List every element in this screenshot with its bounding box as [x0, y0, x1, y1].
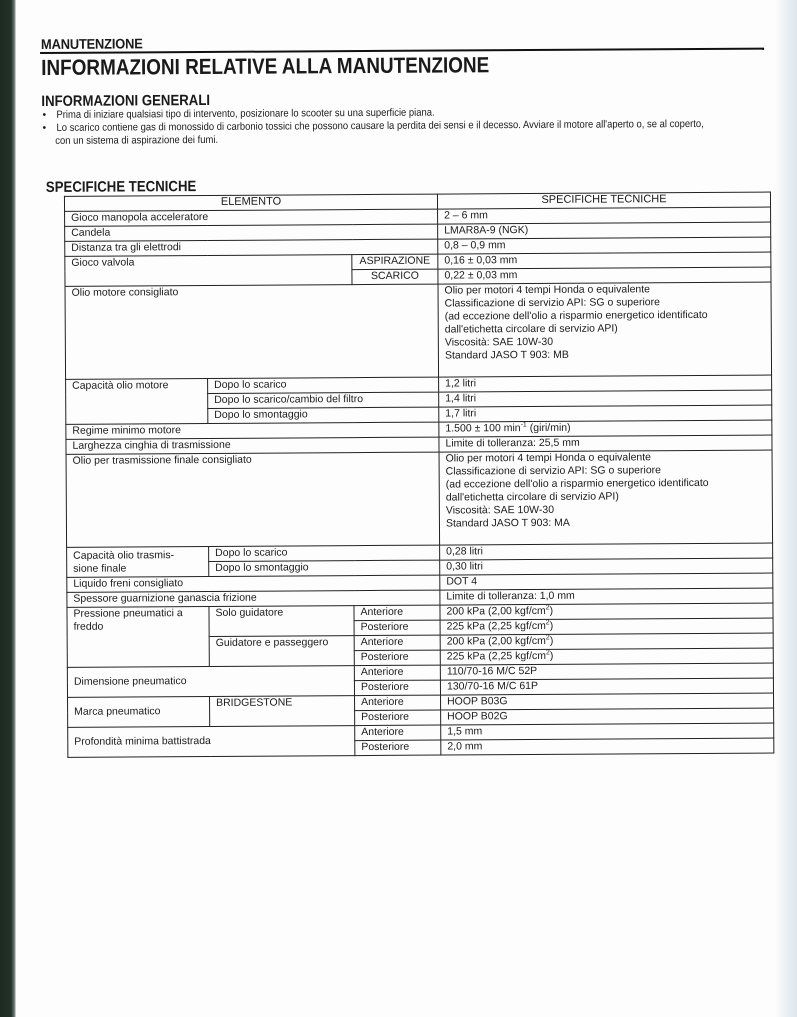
bullet-icon: • [43, 122, 57, 135]
table-row: Olio per trasmissione finale consigliato… [66, 450, 773, 547]
general-info-bullets: • Prima di iniziare qualsiasi tipo di in… [42, 104, 782, 148]
specs-title: SPECIFICHE TECNICHE [46, 178, 196, 196]
table-row: Olio motore consigliato Olio per motori … [65, 282, 772, 379]
page-title: INFORMAZIONI RELATIVE ALLA MANUTENZIONE [41, 52, 489, 81]
bullet-icon: • [42, 109, 56, 122]
section-label: MANUTENZIONE [41, 35, 143, 52]
bullet-continuation: con un sistema di aspirazione dei fumi. [43, 131, 709, 148]
manual-page: MANUTENZIONE INFORMAZIONI RELATIVE ALLA … [0, 0, 797, 1017]
specs-table: ELEMENTO SPECIFICHE TECNICHE Gioco manop… [64, 192, 774, 758]
